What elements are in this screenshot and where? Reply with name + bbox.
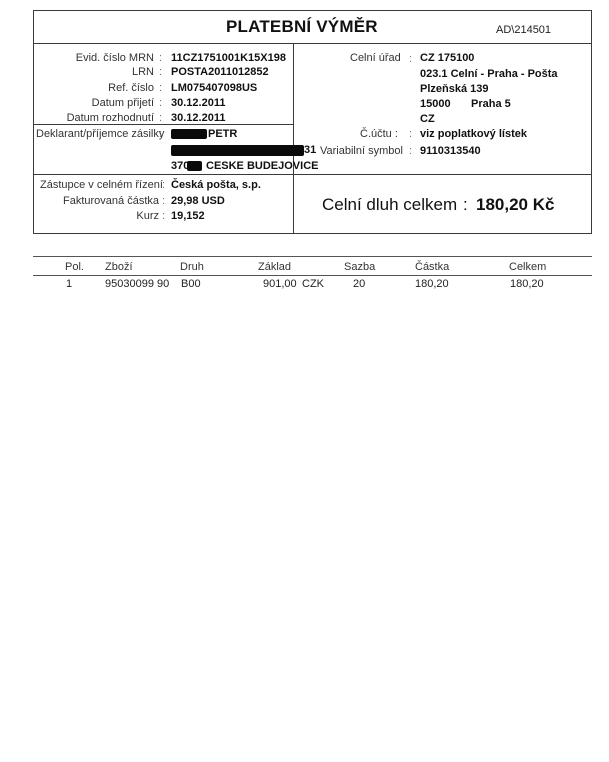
exchange-rate-label: Kurz [136, 210, 159, 222]
field-label-decision-date: Datum rozhodnutí [67, 112, 154, 124]
total-label: Celní dluh celkem [322, 195, 457, 215]
declarant-name: PETR [208, 128, 237, 140]
invoiced-amount-value: 29,98 USD [171, 195, 225, 207]
customs-office-zip: 15000 [420, 98, 451, 110]
title-divider [33, 43, 592, 44]
field-label-mrn: Evid. číslo MRN [76, 52, 154, 64]
left-section-divider [33, 124, 293, 125]
field-label-ref: Ref. číslo [108, 82, 154, 94]
table-top-rule [33, 256, 592, 257]
customs-office-street: Plzeňská 139 [420, 83, 489, 95]
cell-rate: 20 [353, 278, 365, 290]
variable-symbol-value: 9110313540 [420, 145, 481, 157]
colon: : [162, 195, 165, 207]
customs-office-country: CZ [420, 113, 435, 125]
colon: : [463, 195, 468, 215]
column-divider [293, 43, 294, 234]
column-header-amount: Částka [415, 261, 449, 273]
column-header-type: Druh [180, 261, 204, 273]
colon: : [162, 179, 165, 191]
cell-currency: CZK [302, 278, 324, 290]
redaction-bar [171, 145, 304, 156]
document-title: PLATEBNÍ VÝMĚR [226, 17, 378, 37]
exchange-rate-value: 19,152 [171, 210, 205, 222]
colon: : [409, 53, 412, 65]
variable-symbol-label: Variabilní symbol [320, 145, 403, 157]
colon: : [409, 145, 412, 157]
field-label-received-date: Datum přijetí [92, 97, 154, 109]
colon: : [159, 82, 162, 94]
redaction-bar [187, 161, 202, 171]
field-value-received-date: 30.12.2011 [171, 97, 225, 109]
colon: : [159, 52, 162, 64]
field-label-lrn: LRN [132, 66, 154, 78]
cell-pol: 1 [66, 278, 72, 290]
column-header-pol: Pol. [65, 261, 84, 273]
colon: : [162, 210, 165, 222]
document-id: AD\214501 [496, 24, 551, 36]
cell-total: 180,20 [510, 278, 544, 290]
field-value-decision-date: 30.12.2011 [171, 112, 225, 124]
column-header-goods: Zboží [105, 261, 133, 273]
column-header-total: Celkem [509, 261, 546, 273]
colon: : [159, 97, 162, 109]
cell-amount: 180,20 [415, 278, 449, 290]
table-header-rule [33, 275, 592, 276]
invoiced-amount-label: Fakturovaná částka [63, 195, 159, 207]
customs-office-city: Praha 5 [471, 98, 511, 110]
account-label: Č.účtu : [360, 128, 398, 140]
cell-type: B00 [181, 278, 201, 290]
representative-value: Česká pošta, s.p. [171, 179, 261, 191]
colon: : [409, 128, 412, 140]
customs-office-label: Celní úřad [350, 52, 401, 64]
cell-base: 901,00 [263, 278, 297, 290]
customs-office-code: CZ 175100 [420, 52, 474, 64]
lower-section-divider [33, 174, 592, 175]
representative-label: Zástupce v celném řízení [40, 179, 163, 191]
field-value-mrn: 11CZ1751001K15X198 [171, 52, 286, 64]
total-value: 180,20 Kč [476, 195, 554, 215]
field-value-lrn: POSTA2011012852 [171, 66, 269, 78]
colon: : [159, 128, 162, 140]
column-header-rate: Sazba [344, 261, 375, 273]
declarant-street-suffix: 31 [304, 144, 316, 156]
column-header-base: Základ [258, 261, 291, 273]
customs-office-name: 023.1 Celní - Praha - Pošta [420, 68, 558, 80]
declarant-label: Deklarant/příjemce zásilky [36, 128, 164, 140]
cell-goods: 95030099 90 [105, 278, 169, 290]
colon: : [159, 112, 162, 124]
declarant-city: CESKE BUDEJOVICE [206, 160, 318, 172]
field-value-ref: LM075407098US [171, 82, 257, 94]
account-value: viz poplatkový lístek [420, 128, 527, 140]
colon: : [159, 66, 162, 78]
redaction-bar [171, 129, 207, 139]
